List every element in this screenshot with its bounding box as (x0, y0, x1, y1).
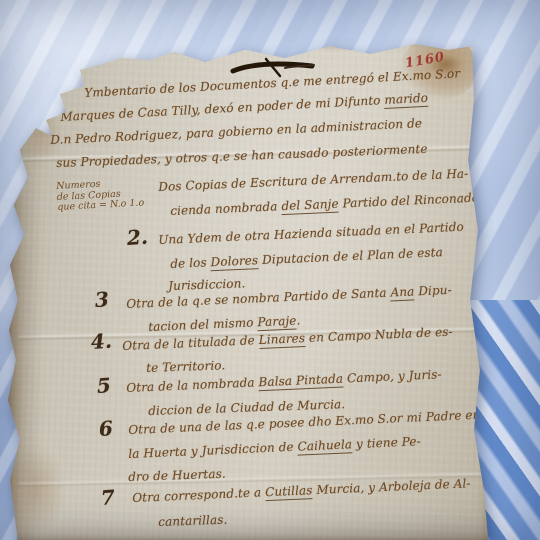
manuscript-line: te Territorio. (146, 358, 226, 375)
manuscript-line: Una Ydem de otra Hazienda situada en el … (158, 220, 464, 247)
line-text: de los (170, 255, 211, 271)
underlined-word: Balsa Pintada (258, 372, 343, 392)
manuscript-line: de los Dolores Diputacion de el Plan de … (170, 245, 443, 271)
photo-frame: 1160 Numeros de las Copias que cita = N.… (0, 0, 540, 540)
stain-bottom-left (8, 444, 66, 536)
manuscript-line: cienda nombrada del Sanje Partido del Ri… (170, 190, 483, 218)
margin-note: Numeros de las Copias que cita = N.o 1.o (56, 177, 158, 214)
line-text: tacion del mismo (148, 315, 258, 334)
item-number: 4. (90, 329, 113, 354)
line-text: dro de Huertas. (128, 467, 226, 484)
item-number: 2. (126, 225, 149, 250)
underlined-word: marido (384, 91, 428, 109)
item-number: 6 (98, 416, 114, 441)
manuscript-line: dro de Huertas. (128, 467, 226, 484)
line-text: Campo, y Juris- (343, 367, 442, 385)
underlined-word: Ana (390, 284, 415, 301)
manuscript-line: la Huerta y Jurisdiccion de Caihuela y t… (128, 434, 421, 461)
manuscript-line: Dos Copias de Escritura de Arrendam.to d… (158, 166, 469, 194)
line-text: Otra correspond.te a (132, 485, 265, 505)
line-text: Diputacion de el Plan de esta (258, 245, 443, 267)
manuscript-line: sus Propiedades, y otros q.e se han caus… (56, 142, 428, 170)
item-number: 3 (94, 287, 110, 312)
line-text: Jurisdiccion. (168, 276, 246, 293)
underlined-word: Dolores (210, 253, 258, 271)
line-text: Otra de la nombrada (126, 375, 259, 395)
line-text: . (296, 313, 301, 327)
manuscript-paper: 1160 Numeros de las Copias que cita = N.… (0, 0, 540, 540)
underlined-word: del Sanje (281, 197, 339, 215)
line-text: la Huerta y Jurisdiccion de (128, 440, 298, 461)
item-number: 7 (100, 485, 116, 510)
line-text: cantarillas. (158, 513, 228, 529)
item-number: 5 (96, 373, 112, 398)
manuscript-line: cantarillas. (158, 513, 228, 529)
line-text: Dipu- (414, 283, 452, 299)
line-text: te Territorio. (146, 358, 226, 375)
stain-top-center (124, 26, 214, 56)
line-text: Partido del Rinconado. (338, 190, 483, 210)
line-text: sus Propiedades, y otros q.e se han caus… (56, 142, 428, 170)
manuscript-line: Jurisdiccion. (168, 276, 246, 293)
line-text: Dos Copias de Escritura de Arrendam.to d… (158, 166, 469, 194)
line-text: Otra de la titulada de (122, 333, 259, 353)
line-text: Una Ydem de otra Hazienda situada en el … (158, 220, 464, 247)
line-text: y tiene Pe- (352, 434, 421, 451)
underlined-word: Paraje (257, 314, 297, 332)
line-text: cienda nombrada (170, 199, 282, 218)
paper-sheet: 1160 Numeros de las Copias que cita = N.… (8, 24, 498, 540)
underlined-word: Cutillas (265, 483, 313, 501)
underlined-word: Caihuela (297, 437, 352, 455)
stain-top-edge (308, 32, 370, 52)
line-text: Murcia, y Arboleja de Al- (312, 476, 471, 497)
manuscript-line: tacion del mismo Paraje. (148, 313, 301, 334)
underlined-word: Linares (258, 331, 305, 349)
line-text: Otra de la q.e se nombra Partido de Sant… (126, 285, 391, 311)
line-text: en Campo Nubla de es- (305, 325, 453, 345)
